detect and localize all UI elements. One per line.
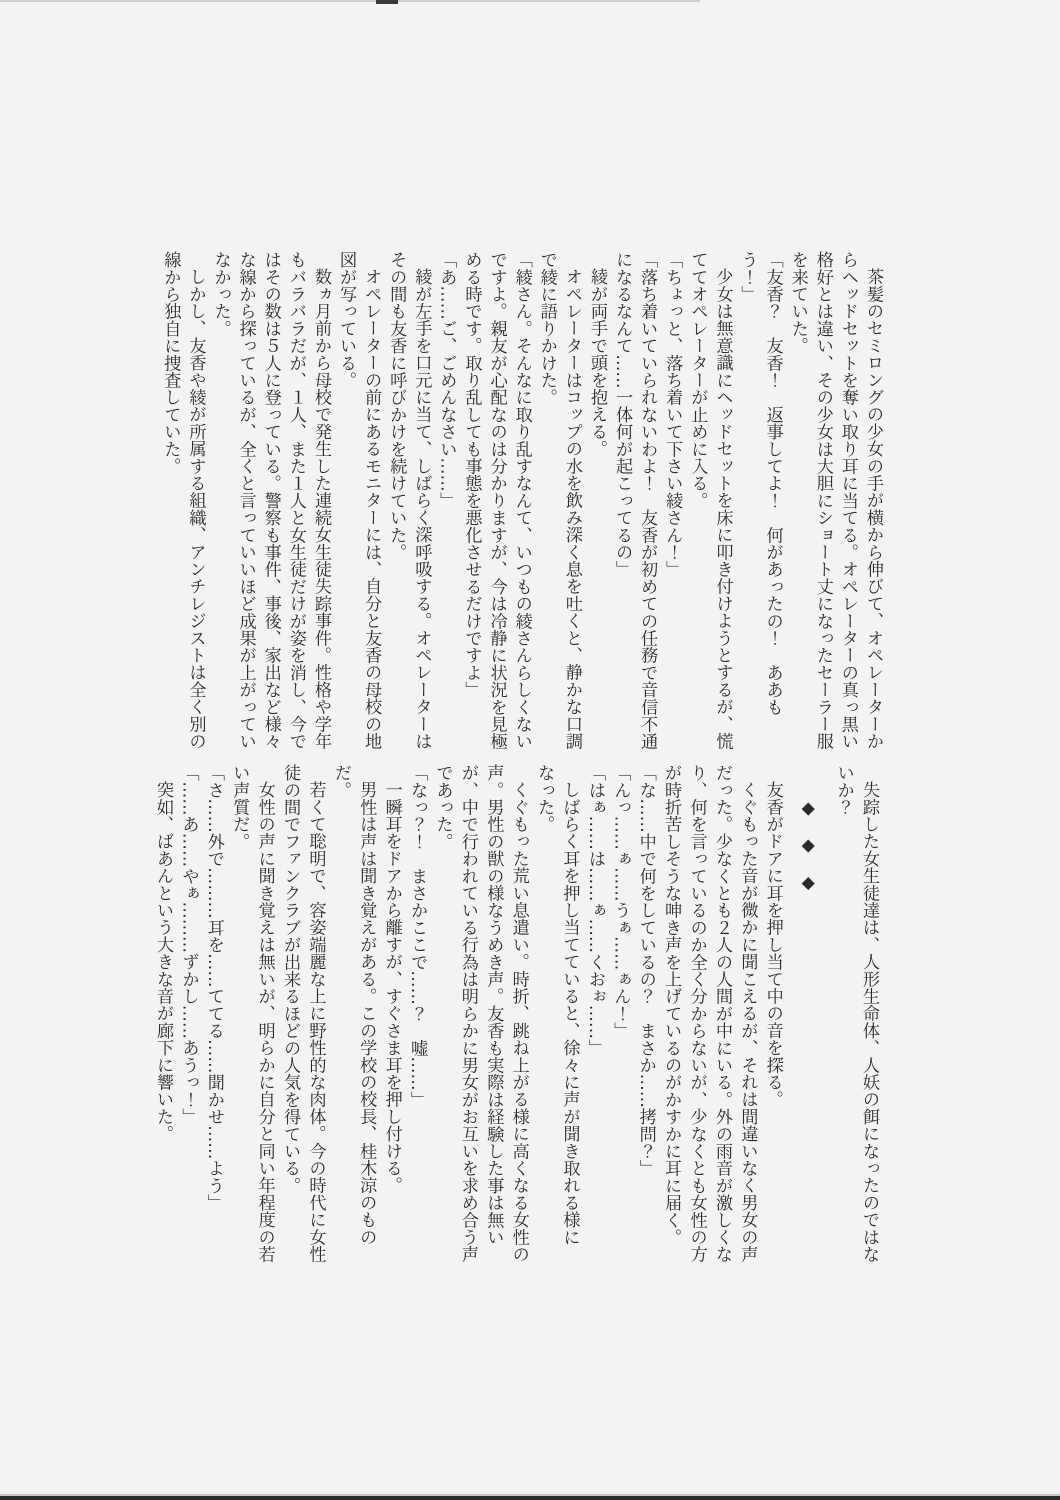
paragraph: 「んっ……ぁ……うぁ……ぁん！」	[607, 764, 632, 1270]
paragraph: 茶髪のセミロングの少女の手が横から伸びて、オペレーターからヘッドセットを奪い取り…	[785, 251, 885, 757]
scan-artifact-top-edge	[0, 0, 700, 2]
section-separator: ◆ ◆ ◆	[795, 764, 820, 1270]
paragraph: 「さ……外で………耳を……ててる……聞かせ……よう」	[200, 764, 225, 1270]
paragraph: 「あ……ご、ごめんなさい……」	[433, 251, 458, 757]
paragraph: しばらく耳を押し当てていると、徐々に声が聞き取れる様になった。	[531, 764, 582, 1270]
text-block-lower: 失踪した女生徒達は、人形生命体、人妖の餌になったのではないか？ ◆ ◆ ◆友香が…	[150, 764, 881, 1270]
scan-artifact-top-dash	[376, 0, 398, 4]
paragraph: 「な……中で何をしているの？ まさか……拷問？」	[632, 764, 657, 1270]
paragraph: 失踪した女生徒達は、人形生命体、人妖の餌になったのではないか？	[830, 764, 881, 1270]
paragraph: 綾が両手で頭を抱える。	[584, 251, 609, 757]
paragraph: オペレーターはコップの水を飲み深く息を吐くと、静かな口調で綾に語りかけた。	[534, 251, 584, 757]
scanned-page: 茶髪のセミロングの少女の手が横から伸びて、オペレーターからヘッドセットを奪い取り…	[0, 0, 1060, 1500]
paragraph: 女性の声に聞き覚えは無いが、明らかに自分と同い年程度の若い声質だ。	[226, 764, 277, 1270]
scan-artifact-bottom-edge	[0, 1496, 1060, 1500]
paragraph: 「落ち着いていられないわよ！ 友香が初めての任務で音信不通になるなんて……一体何…	[609, 251, 659, 757]
paragraph: 数ヵ月前から母校で発生した連続女生徒失踪事件。性格や学年もバラバラだが、１人、ま…	[207, 251, 332, 757]
paragraph: くぐもった荒い息遣い。時折、跳ね上がる様に高くなる女性の声。男性の獣の様なうめき…	[429, 764, 531, 1270]
paragraph: 若くて聡明で、容姿端麗な上に野性的な肉体。今の時代に女性徒の間でファンクラブが出…	[277, 764, 328, 1270]
paragraph: 男性は声は聞き覚えがある。この学校の校長、桂木涼のものだ。	[327, 764, 378, 1270]
paragraph: しかし、友香や綾が所属する組織、アンチレジストは全く別の線から独自に捜査していた…	[157, 251, 207, 757]
paragraph: くぐもった音が微かに聞こえるが、それは間違いなく男女の声だった。少なくとも２人の…	[658, 764, 760, 1270]
paragraph: 「なっ？！ まさかここで……？ 嘘……」	[404, 764, 429, 1270]
paragraph: 「はぁ……は……ぁ……くおぉ……」	[582, 764, 607, 1270]
paragraph: 「友香？ 友香！ 返事してよ！ 何があったの！ ああもう！」	[734, 251, 784, 757]
paragraph: 綾が左手を口元に当て、しばらく深呼吸する。オペレーターはその間も友香に呼びかけを…	[383, 251, 433, 757]
paragraph: 友香がドアに耳を押し当て中の音を探る。	[759, 764, 784, 1270]
paragraph: 少女は無意識にヘッドセットを床に叩き付けようとするが、慌ててオペレーターが止めに…	[684, 251, 734, 757]
paragraph: オペレーターの前にあるモニターには、自分と友香の母校の地図が写っている。	[333, 251, 383, 757]
text-block-upper: 茶髪のセミロングの少女の手が横から伸びて、オペレーターからヘッドセットを奪い取り…	[157, 251, 885, 757]
paragraph: 「ちょっと、落ち着いて下さい綾さん！」	[659, 251, 684, 757]
paragraph: 「……あ……やぁ………ずかし……あうっ！」	[175, 764, 200, 1270]
paragraph: 一瞬耳をドアから離すが、すぐさま耳を押し付ける。	[378, 764, 403, 1270]
paragraph: 「綾さん。そんなに取り乱すなんて、いつもの綾さんらしくないですよ。親友が心配なの…	[458, 251, 533, 757]
paragraph: 突如、ばあんという大きな音が廊下に響いた。	[150, 764, 175, 1270]
